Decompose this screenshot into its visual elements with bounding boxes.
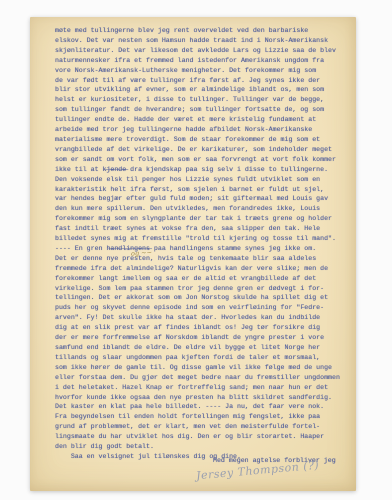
- handwritten-insertion: og ~~: [131, 248, 153, 257]
- scanned-letter-viewport: møte med tullingerne blev jeg rent overv…: [0, 0, 392, 500]
- letter-line: som tullinger fandt de hverandre; som tu…: [55, 105, 347, 115]
- letter-line: fremmede ifra det almindelige? Naturligv…: [55, 264, 347, 274]
- letter-line: den blir dig godt betalt.: [55, 442, 347, 452]
- letter-line: vrangbillede af det virkelige. De er kar…: [55, 145, 347, 155]
- letter-line: arven". Fy! Det skulle ikke ha staat der…: [55, 313, 347, 323]
- letter-line: møte med tullingerne blev jeg rent overv…: [55, 26, 347, 36]
- letter-line: fast indtil træet synes at vokse fra den…: [55, 224, 347, 234]
- letter-body: møte med tullingerne blev jeg rent overv…: [55, 26, 347, 462]
- letter-line: elskov. Det var nesten som Hamsun hadde …: [55, 36, 347, 46]
- letter-line: vore Norsk-Amerikansk-Lutherske menighet…: [55, 66, 347, 76]
- letter-line: den kun mere spillerum. Den utvikledes, …: [55, 204, 347, 214]
- letter-line: Den voksende elsk til penger hos Lizzie …: [55, 175, 347, 185]
- letter-line: som ikke hører de gamle til. Og disse ga…: [55, 363, 347, 373]
- letter-line: samfund end iblandt de eldre. De eldre v…: [55, 343, 347, 353]
- letter-line: billedet synes mig at fremstille "trold …: [55, 234, 347, 244]
- letter-line: ---- En gren h̶a̶n̶d̶l̶i̶n̶g̶e̶n̶s̶ paa …: [55, 244, 347, 254]
- letter-line: lingsmaate du har utviklet hos dig. Den …: [55, 432, 347, 442]
- letter-line: Fra begyndelsen til enden holdt fortelli…: [55, 412, 347, 422]
- letter-line: tellingen. Det er akkorat som om Jon Nor…: [55, 293, 347, 303]
- letter-line: Det er denne nye presten, hvis tale og t…: [55, 254, 347, 264]
- letter-line: Det kaster en klat paa hele billedet. --…: [55, 402, 347, 412]
- letter-line: forekommer langt imellem og saa er de al…: [55, 274, 347, 284]
- letter-line: hvorfor kunde ikke ogsaa den nye presten…: [55, 393, 347, 403]
- letter-line: de var født til af være tullinger ifra f…: [55, 76, 347, 86]
- letter-line: puds her og skyvet denne episode ind som…: [55, 303, 347, 313]
- letter-line: var hendes begjær efter guld fuld moden;…: [55, 194, 347, 204]
- letter-line: virkelige. Som lem paa stammen tror jeg …: [55, 284, 347, 294]
- letter-line: arbeide med tror jeg tullingerne hadde a…: [55, 125, 347, 135]
- letter-line: som er sandt om vort folk, men som er sa…: [55, 155, 347, 165]
- letter-line: helst er kuriositeter, i disse to tullin…: [55, 95, 347, 105]
- letter-line: tillands og slaar ungdommen paa kjeften …: [55, 353, 347, 363]
- letter-line: ikke til at k̶j̶e̶n̶d̶e̶ dra kjendskap p…: [55, 165, 347, 175]
- letter-line: dig at en slik prest var af findes iblan…: [55, 323, 347, 333]
- letter-line: i det heletaket. Hazel Knap er fortreffe…: [55, 383, 347, 393]
- letter-line: tullinger endte de. Hadde der været et m…: [55, 115, 347, 125]
- letter-page: møte med tullingerne blev jeg rent overv…: [30, 17, 356, 491]
- letter-line: eller forstaa dem. Du gjør det meget bed…: [55, 373, 347, 383]
- letter-line: skjønliteratur. Det var likesom det avkl…: [55, 46, 347, 56]
- letter-line: forekommer mig som en slyngplante der ta…: [55, 214, 347, 224]
- letter-line: materialisme mere troverdigt. Som de sta…: [55, 135, 347, 145]
- letter-line: blir stor utvikling af evner, som er alm…: [55, 85, 347, 95]
- letter-line: grund af problemmet, det er klart, men v…: [55, 422, 347, 432]
- letter-line: karakteristik helt ifra først, som sjele…: [55, 185, 347, 195]
- letter-line: naturmennesker ifra et fremmed land iste…: [55, 56, 347, 66]
- letter-line: der er mere forfremmelse af Norskdom ibl…: [55, 333, 347, 343]
